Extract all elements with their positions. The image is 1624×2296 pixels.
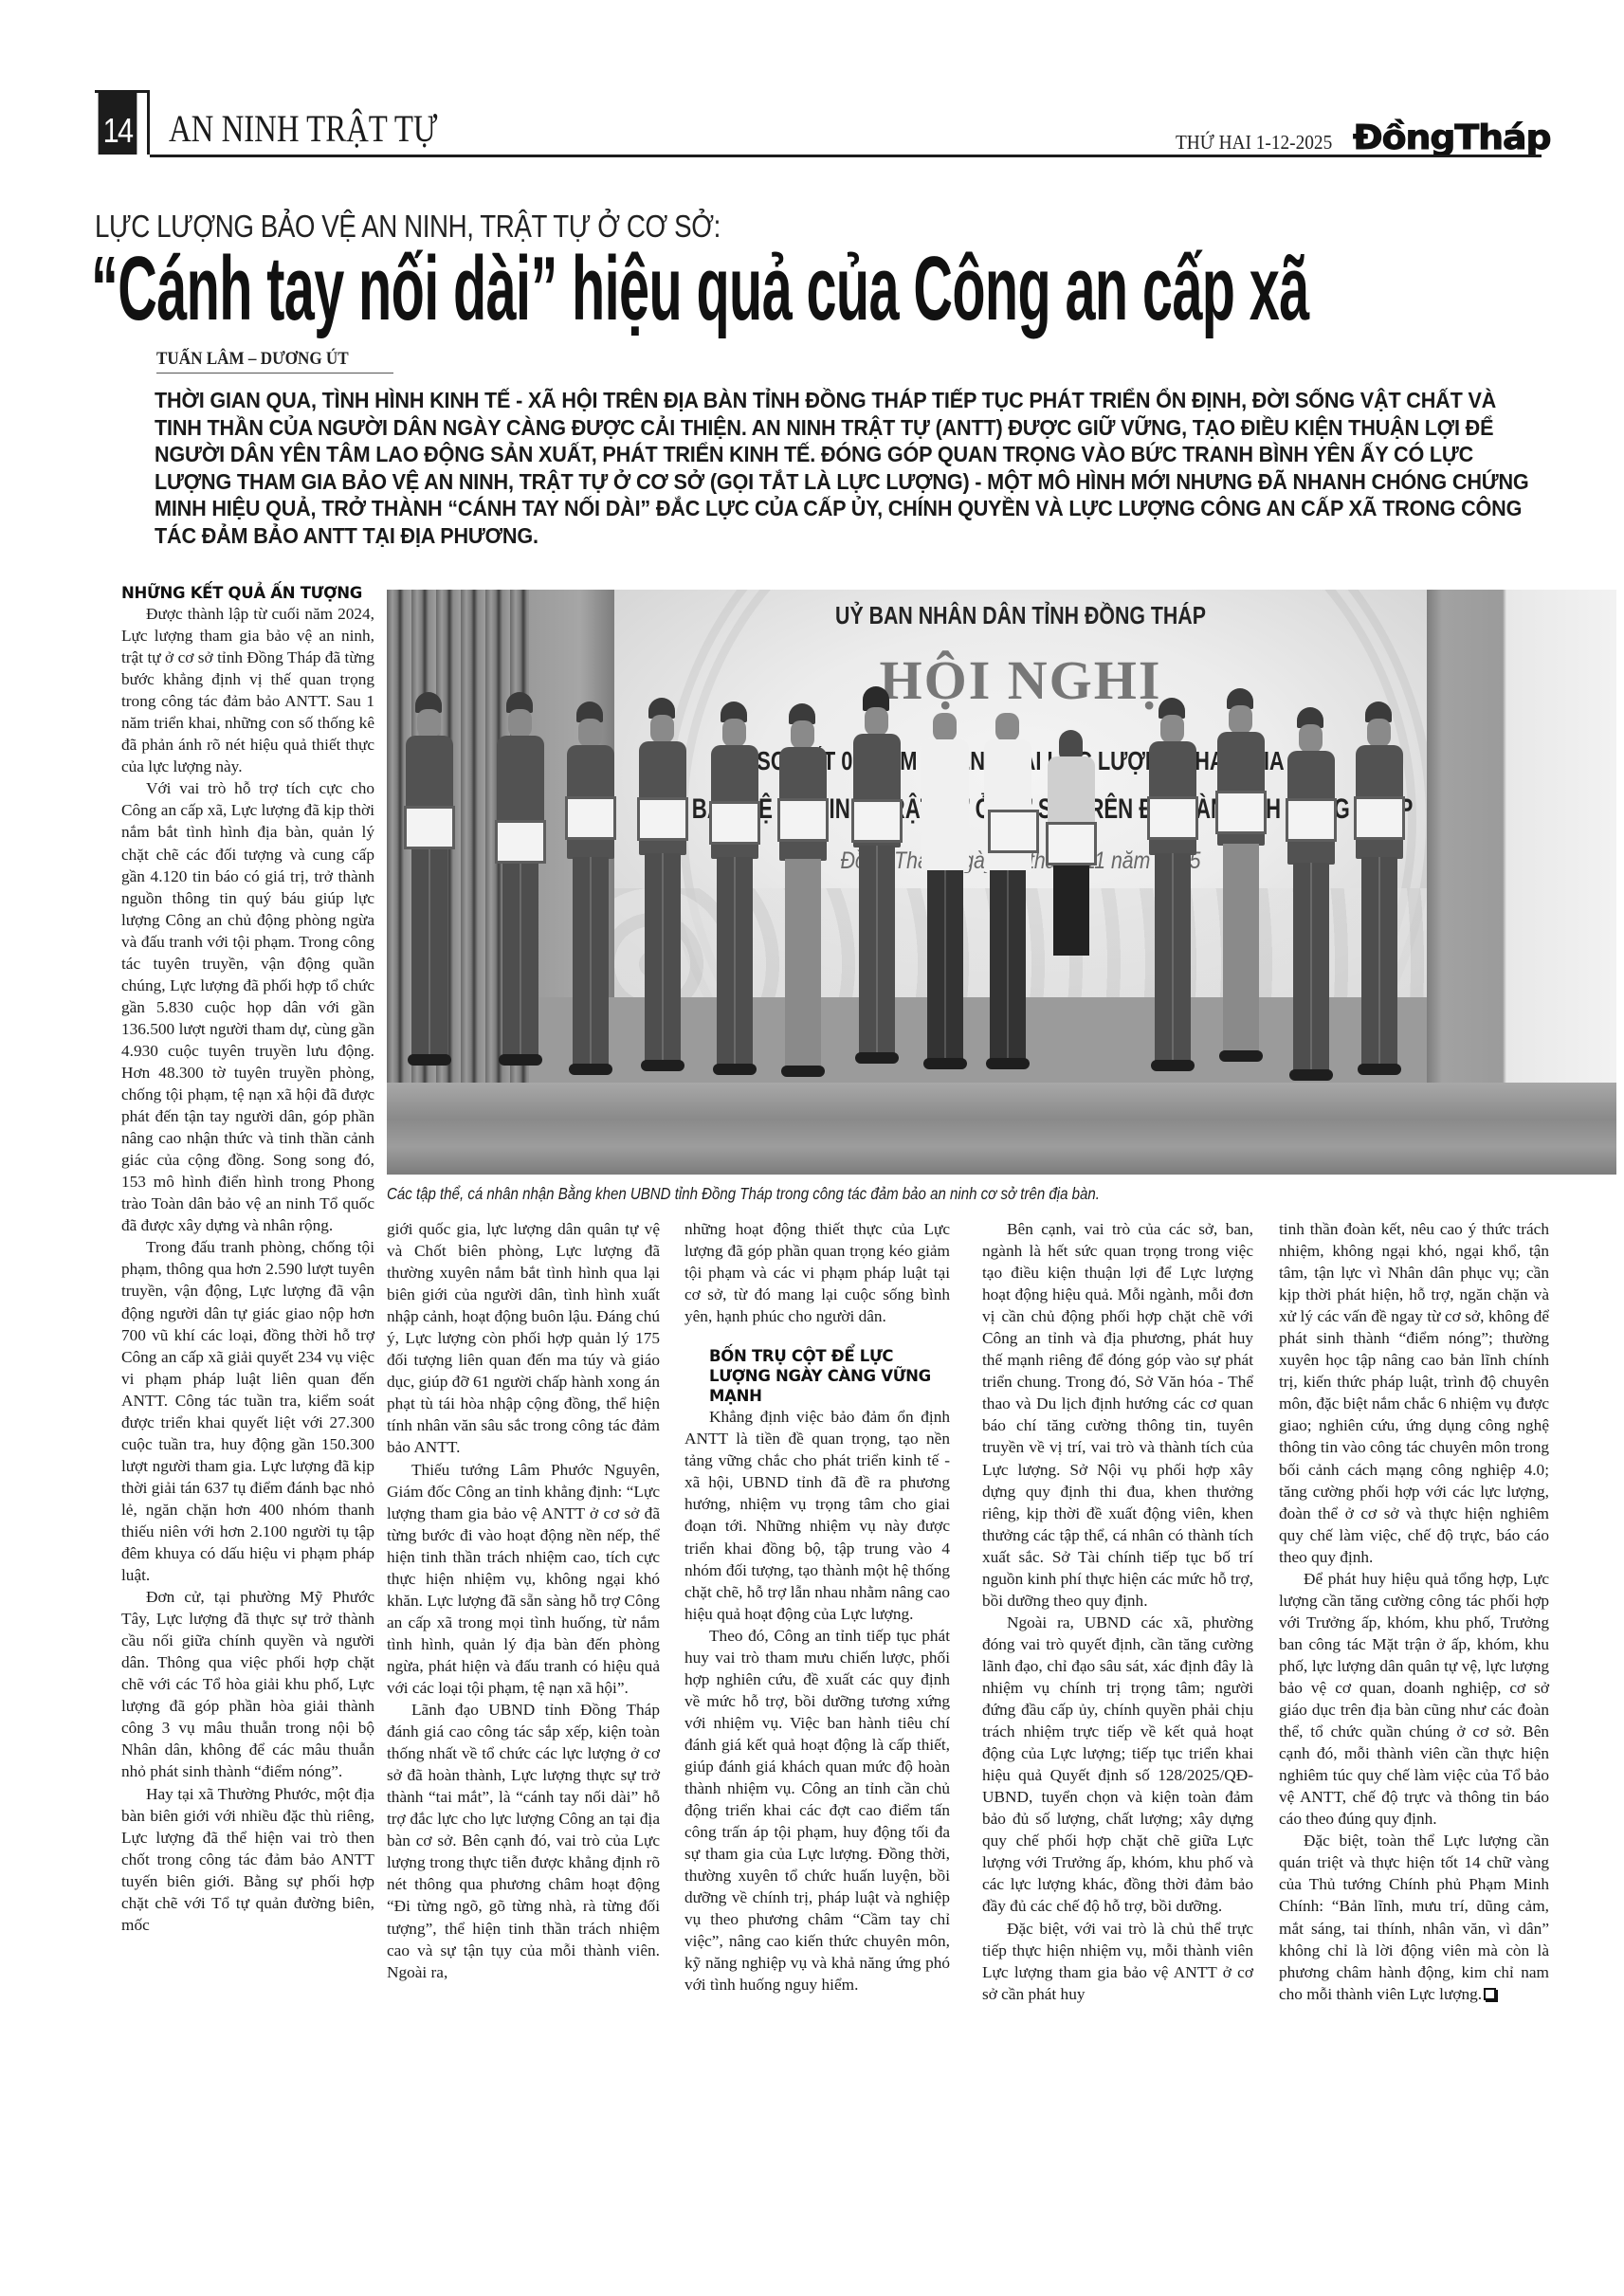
issue-date: THỨ HAI 1-12-2025 (1176, 131, 1332, 155)
paragraph: Thiếu tướng Lâm Phước Nguyên, Giám đốc C… (387, 1459, 660, 1700)
event-photo: UỶ BAN NHÂN DÂN TỈNH ĐỒNG THÁP HỘI NGHỊ … (387, 590, 1616, 1175)
paragraph: Khẳng định việc bảo đảm ổn định ANTT là … (684, 1406, 950, 1624)
paragraph-final: Đặc biệt, toàn thể Lực lượng cần quán tr… (1279, 1830, 1549, 2004)
person-figure (635, 698, 690, 1086)
certificate-frame (495, 820, 546, 864)
certificate-frame (1046, 822, 1097, 866)
article-lead: Thời gian qua, tình hình kinh tế - xã hộ… (155, 387, 1539, 549)
award-recipients-group (387, 590, 1616, 1175)
paragraph: Lãnh đạo UBND tỉnh Đồng Tháp đánh giá ca… (387, 1699, 660, 1983)
article-column-5: tinh thần đoàn kết, nêu cao ý thức trách… (1279, 1218, 1549, 2005)
photo-caption: Các tập thể, cá nhân nhận Bằng khen UBND… (387, 1184, 1447, 1204)
certificate-frame (565, 796, 616, 840)
paragraph: Ngoài ra, UBND các xã, phường đóng vai t… (982, 1612, 1253, 1918)
paragraph-final-text: Đặc biệt, toàn thể Lực lượng cần quán tr… (1279, 1831, 1549, 2002)
person-figure (402, 692, 457, 1081)
certificate-frame (851, 799, 903, 843)
paragraph: Đặc biệt, với vai trò là chủ thể trực ti… (982, 1918, 1253, 2005)
person-figure (563, 702, 618, 1090)
official-figure-woman (1044, 713, 1099, 1102)
certificate-frame (637, 797, 688, 841)
certificate-frame (988, 810, 1039, 853)
article-column-1: NHỮNG KẾT QUẢ ẤN TƯỢNG Được thành lập từ… (121, 583, 374, 1936)
paragraph: Theo đó, Công an tỉnh tiếp tục phát huy … (684, 1625, 950, 1996)
certificate-frame (777, 798, 829, 842)
person-figure (1145, 698, 1200, 1086)
person-figure (1352, 702, 1407, 1090)
certificate-frame (1286, 798, 1337, 842)
certificate-frame (1147, 796, 1198, 840)
certificate-frame (404, 806, 455, 849)
official-figure (918, 696, 973, 1084)
person-figure (1213, 688, 1268, 1077)
certificate-frame (1354, 796, 1405, 840)
section-title: AN NINH TRẬT TỰ (169, 106, 437, 151)
article-headline: “Cánh tay nối dài” hiệu quả của Công an … (91, 237, 1309, 341)
person-figure (776, 703, 830, 1092)
article-column-4: Bên cạnh, vai trò của các sở, ban, ngành… (982, 1218, 1253, 2005)
section-subhead-pillars: BỐN TRỤ CỘT ĐỂ LỰC LƯỢNG NGÀY CÀNG VỮNG … (709, 1346, 950, 1406)
page-number-divider (147, 90, 150, 155)
paragraph: những hoạt động thiết thực của Lực lượng… (684, 1218, 950, 1327)
paragraph: Trong đấu tranh phòng, chống tội phạm, t… (121, 1236, 374, 1586)
certificate-frame (709, 801, 760, 845)
article-column-2: giới quốc gia, lực lượng dân quân tự vệ … (387, 1218, 660, 1983)
page-number: 14 (99, 90, 137, 155)
person-figure (1284, 707, 1339, 1096)
official-figure (980, 696, 1035, 1084)
paragraph: Để phát huy hiệu quả tổng hợp, Lực lượng… (1279, 1568, 1549, 1831)
end-of-article-square-icon (1484, 1988, 1496, 2000)
section-subhead-results: NHỮNG KẾT QUẢ ẤN TƯỢNG (121, 583, 374, 603)
byline-underline (156, 373, 393, 374)
article-column-3: những hoạt động thiết thực của Lực lượng… (684, 1218, 950, 1996)
paragraph: Hay tại xã Thường Phước, một địa bàn biê… (121, 1783, 374, 1936)
paragraph: tinh thần đoàn kết, nêu cao ý thức trách… (1279, 1218, 1549, 1568)
paragraph: Với vai trò hỗ trợ tích cực cho Công an … (121, 777, 374, 1236)
person-figure (707, 702, 762, 1090)
police-officer-figure (849, 690, 904, 1079)
certificate-frame (1215, 791, 1267, 834)
newspaper-logo: ĐồngTháp (1353, 119, 1550, 157)
article-byline: TUẤN LÂM – DƯƠNG ÚT (156, 349, 349, 370)
article-lead-text: Thời gian qua, tình hình kinh tế - xã hộ… (155, 387, 1537, 549)
header-divider (150, 155, 1542, 157)
paragraph: Được thành lập từ cuối năm 2024, Lực lượ… (121, 603, 374, 777)
paragraph: giới quốc gia, lực lượng dân quân tự vệ … (387, 1218, 660, 1459)
person-figure (493, 692, 548, 1081)
paragraph: Bên cạnh, vai trò của các sở, ban, ngành… (982, 1218, 1253, 1612)
paragraph: Đơn cử, tại phường Mỹ Phước Tây, Lực lượ… (121, 1586, 374, 1782)
